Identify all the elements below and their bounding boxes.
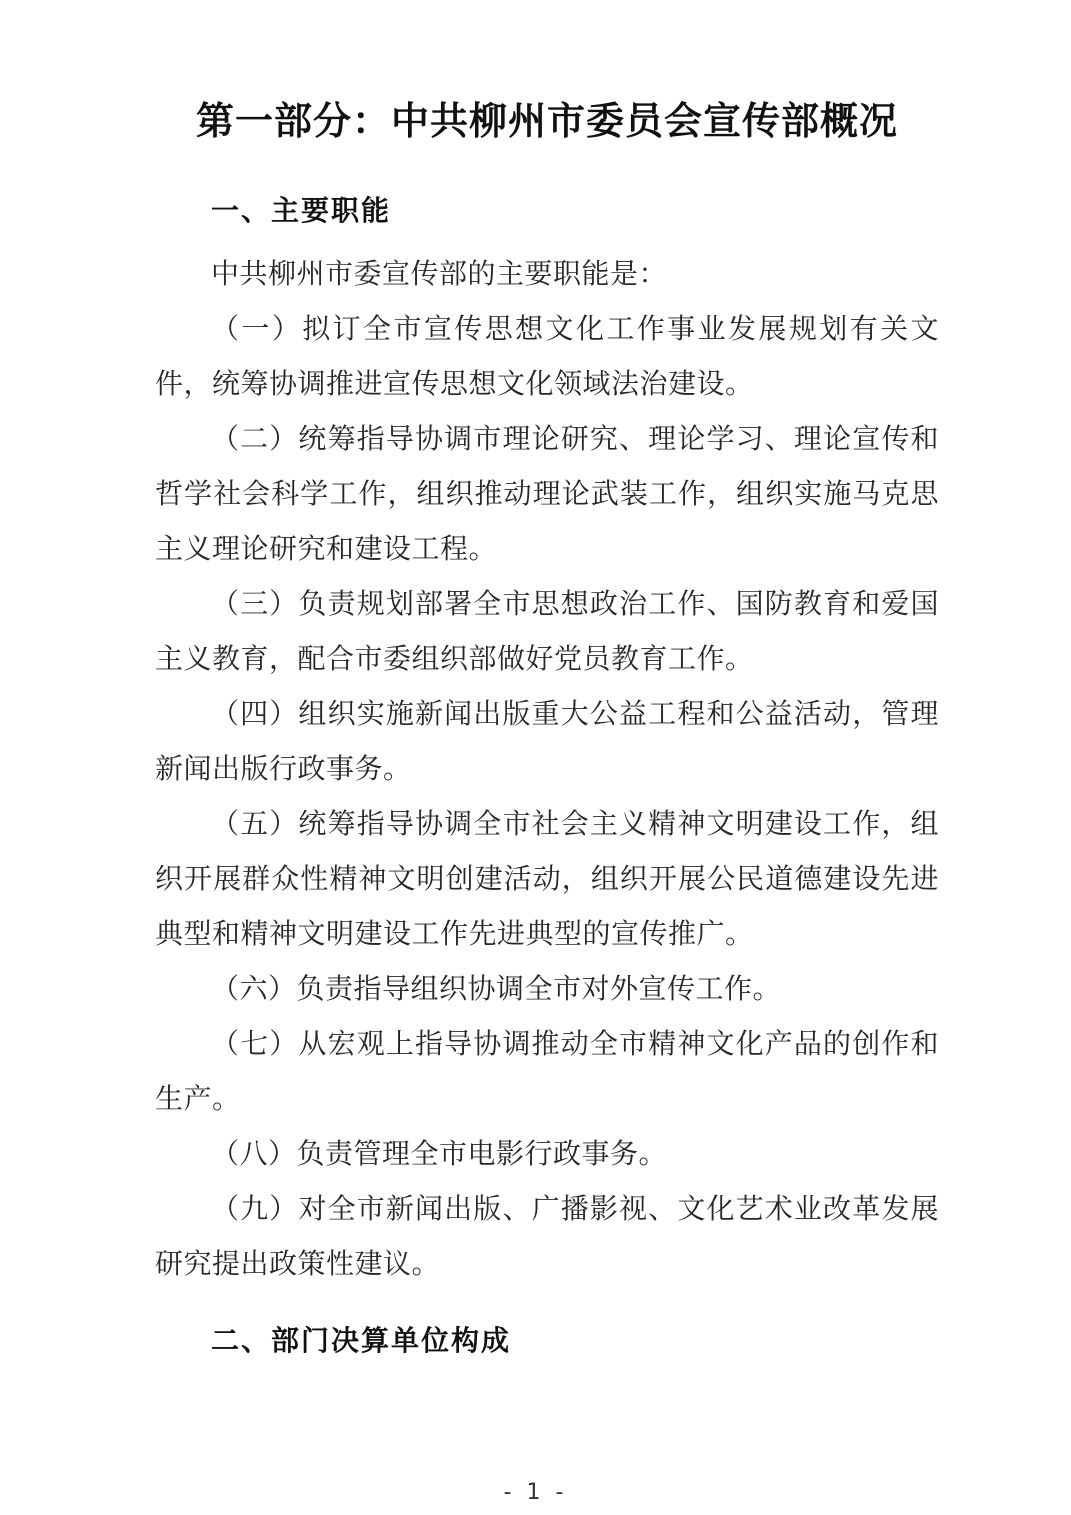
- section-heading-main-functions: 一、主要职能: [155, 191, 939, 230]
- page-number-label: - 1 -: [0, 1480, 1071, 1505]
- page-title: 第一部分：中共柳州市委员会宣传部概况: [155, 94, 939, 149]
- body-paragraph: （三）负责规划部署全市思想政治工作、国防教育和爱国主义教育，配合市委组织部做好党…: [155, 576, 939, 686]
- body-paragraph: （七）从宏观上指导协调推动全市精神文化产品的创作和生产。: [155, 1016, 939, 1126]
- section-body: 中共柳州市委宣传部的主要职能是： （一）拟订全市宣传思想文化工作事业发展规划有关…: [155, 246, 939, 1291]
- body-paragraph: （六）负责指导组织协调全市对外宣传工作。: [155, 961, 939, 1016]
- body-paragraph: （九）对全市新闻出版、广播影视、文化艺术业改革发展研究提出政策性建议。: [155, 1181, 939, 1291]
- body-paragraph: （五）统筹指导协调全市社会主义精神文明建设工作，组织开展群众性精神文明创建活动，…: [155, 796, 939, 961]
- body-paragraph: （四）组织实施新闻出版重大公益工程和公益活动，管理新闻出版行政事务。: [155, 686, 939, 796]
- body-paragraph: （八）负责管理全市电影行政事务。: [155, 1126, 939, 1181]
- body-paragraph: 中共柳州市委宣传部的主要职能是：: [155, 246, 939, 301]
- document-page: 第一部分：中共柳州市委员会宣传部概况 一、主要职能 中共柳州市委宣传部的主要职能…: [0, 0, 1071, 1515]
- section-heading-budget-units: 二、部门决算单位构成: [155, 1321, 939, 1360]
- body-paragraph: （一）拟订全市宣传思想文化工作事业发展规划有关文件，统筹协调推进宣传思想文化领域…: [155, 301, 939, 411]
- body-paragraph: （二）统筹指导协调市理论研究、理论学习、理论宣传和哲学社会科学工作，组织推动理论…: [155, 411, 939, 576]
